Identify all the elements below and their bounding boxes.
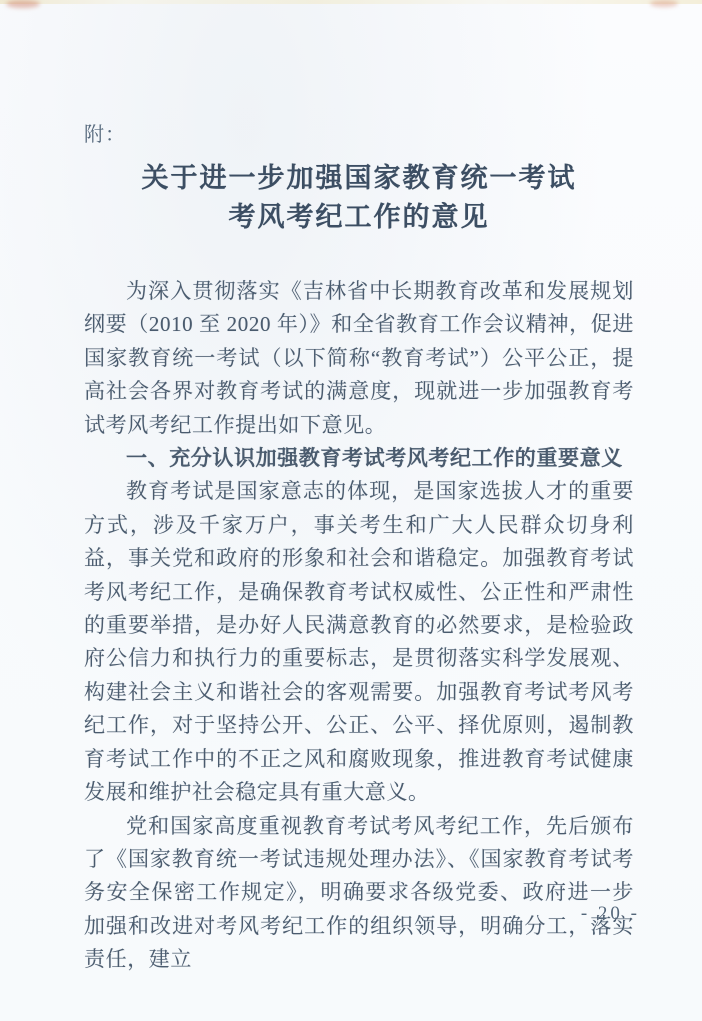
document-body: 为深入贯彻落实《吉林省中长期教育改革和发展规划纲要（2010 至 2020 年）… xyxy=(84,275,634,977)
document-title: 关于进一步加强国家教育统一考试 考风考纪工作的意见 xyxy=(84,159,634,237)
document-content: 附： 关于进一步加强国家教育统一考试 考风考纪工作的意见 为深入贯彻落实《吉林省… xyxy=(84,118,634,977)
scan-smudge-top-right xyxy=(650,0,678,7)
page-number: - 20 - xyxy=(581,903,640,925)
document-title-line-2: 考风考纪工作的意见 xyxy=(84,198,634,237)
scan-smudge-top-left xyxy=(6,0,40,8)
section-1-paragraph-1: 教育考试是国家意志的体现，是国家选拔人才的重要方式，涉及千家万户，事关考生和广大… xyxy=(84,475,634,809)
scanned-document-page: 附： 关于进一步加强国家教育统一考试 考风考纪工作的意见 为深入贯彻落实《吉林省… xyxy=(0,0,702,1021)
attachment-note: 附： xyxy=(84,118,634,147)
scan-edge-artifact xyxy=(0,0,702,4)
section-1-heading: 一、充分认识加强教育考试考风考纪工作的重要意义 xyxy=(84,442,634,475)
intro-paragraph: 为深入贯彻落实《吉林省中长期教育改革和发展规划纲要（2010 至 2020 年）… xyxy=(84,275,634,442)
section-1-paragraph-2: 党和国家高度重视教育考试考风考纪工作，先后颁布了《国家教育统一考试违规处理办法》… xyxy=(84,810,634,977)
document-title-line-1: 关于进一步加强国家教育统一考试 xyxy=(84,159,634,198)
